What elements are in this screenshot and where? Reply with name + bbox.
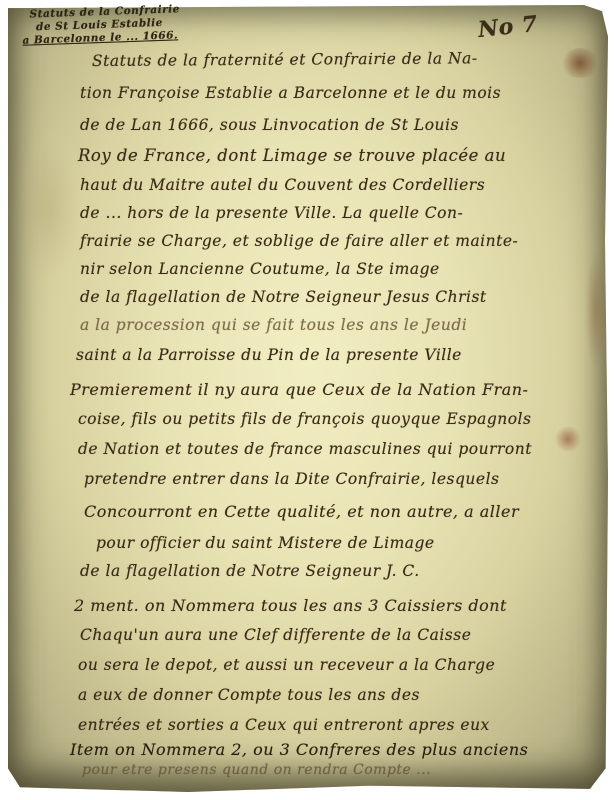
text-line: de la flagellation de Notre Seigneur J. …	[80, 562, 420, 580]
text-line: ou sera le depot, et aussi un receveur a…	[78, 656, 495, 674]
text-line: coise, fils ou petits fils de françois q…	[78, 410, 531, 428]
text-line: nir selon Lancienne Coutume, la Ste imag…	[80, 260, 440, 278]
text-line: pretendre entrer dans la Dite Confrairie…	[84, 470, 499, 488]
text-line: a la procession qui se fait tous les ans…	[80, 316, 467, 334]
text-line: tion Françoise Establie a Barcelonne et …	[80, 84, 501, 102]
text-line: Premierement il ny aura que Ceux de la N…	[70, 380, 528, 399]
text-line: de Nation et toutes de france masculines…	[78, 440, 532, 458]
text-line: Chaqu'un aura une Clef differente de la …	[80, 626, 471, 644]
text-line: 2 ment. on Nommera tous les ans 3 Caissi…	[74, 596, 507, 615]
text-line: Roy de France, dont Limage se trouve pla…	[78, 146, 506, 165]
text-line: Statuts de la fraternité et Confrairie d…	[92, 49, 478, 70]
text-line: haut du Maitre autel du Couvent des Cord…	[80, 176, 485, 194]
text-line: de ... hors de la presente Ville. La que…	[80, 204, 463, 222]
text-line: Item on Nommera 2, ou 3 Confreres des pl…	[70, 740, 528, 759]
text-line: frairie se Charge, et soblige de faire a…	[80, 232, 518, 250]
text-line: de la flagellation de Notre Seigneur Jes…	[80, 288, 487, 306]
text-line: saint a la Parroisse du Pin de la presen…	[76, 346, 462, 364]
text-line: de de Lan 1666, sous Linvocation de St L…	[80, 116, 459, 134]
text-line: a eux de donner Compte tous les ans des	[78, 686, 420, 704]
text-line: entrées et sorties a Ceux qui entreront …	[78, 716, 490, 734]
text-line: pour etre presens quand on rendra Compte…	[82, 762, 431, 778]
text-line: pour officier du saint Mistere de Limage	[96, 534, 435, 552]
margin-note: Statuts de la Confrairie de St Louis Est…	[21, 3, 181, 48]
text-line: Concourront en Cette qualité, et non aut…	[84, 502, 519, 521]
